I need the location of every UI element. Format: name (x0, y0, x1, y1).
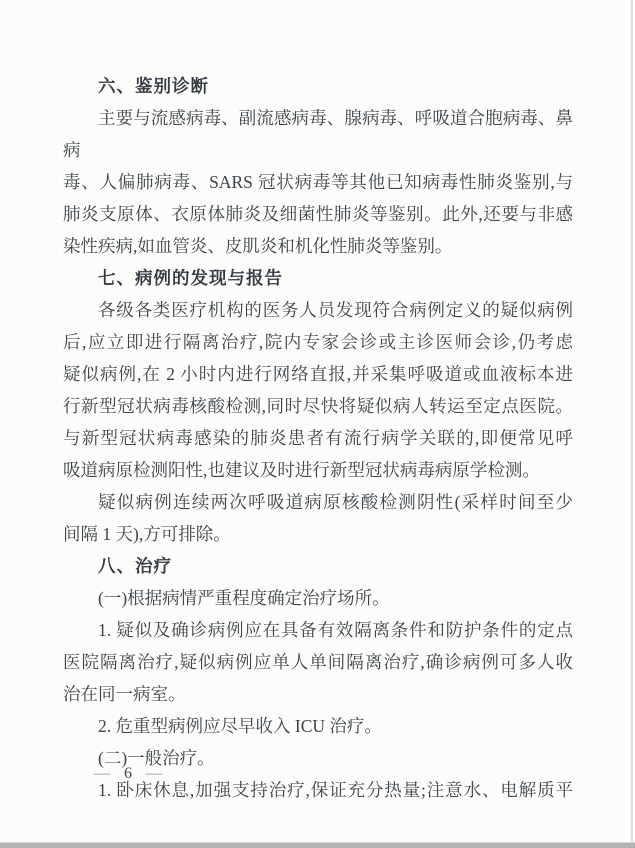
footer-dash-left: — (94, 765, 110, 782)
section-heading-treatment: 八、治疗 (63, 550, 573, 582)
text-line: (一)根据病情严重程度确定治疗场所。 (63, 582, 573, 614)
text-line: 肺炎支原体、衣原体肺炎及细菌性肺炎等鉴别。此外,还要与非感 (63, 198, 573, 230)
text-line: 1. 疑似及确诊病例应在具备有效隔离条件和防护条件的定点 (63, 614, 573, 646)
text-line: 医院隔离治疗,疑似病例应单人单间隔离治疗,确诊病例可多人收 (63, 646, 573, 678)
footer-dash-right: — (146, 765, 162, 782)
document-body: 六、鉴别诊断 主要与流感病毒、副流感病毒、腺病毒、呼吸道合胞病毒、鼻病 毒、人偏… (63, 70, 573, 806)
text-line: 后,应立即进行隔离治疗,院内专家会诊或主诊医师会诊,仍考虑 (63, 326, 573, 358)
text-line: 间隔 1 天),方可排除。 (63, 518, 573, 550)
page-footer: —6— (94, 764, 162, 784)
text-line: 疑似病例连续两次呼吸道病原核酸检测阴性(采样时间至少 (63, 486, 573, 518)
scan-edge-right (631, 0, 633, 848)
text-line: 各级各类医疗机构的医务人员发现符合病例定义的疑似病例 (63, 294, 573, 326)
section-heading-differential-diagnosis: 六、鉴别诊断 (63, 70, 573, 102)
text-line: 毒、人偏肺病毒、SARS 冠状病毒等其他已知病毒性肺炎鉴别,与 (63, 166, 573, 198)
scan-edge-bottom (0, 843, 635, 848)
document-page: 六、鉴别诊断 主要与流感病毒、副流感病毒、腺病毒、呼吸道合胞病毒、鼻病 毒、人偏… (0, 0, 635, 848)
text-line: 行新型冠状病毒核酸检测,同时尽快将疑似病人转运至定点医院。 (63, 390, 573, 422)
section-heading-case-detection-reporting: 七、病例的发现与报告 (63, 262, 573, 294)
text-line: 治在同一病室。 (63, 678, 573, 710)
text-line: 疑似病例,在 2 小时内进行网络直报,并采集呼吸道或血液标本进 (63, 358, 573, 390)
text-line: 染性疾病,如血管炎、皮肌炎和机化性肺炎等鉴别。 (63, 230, 573, 262)
text-line: 与新型冠状病毒感染的肺炎患者有流行病学关联的,即便常见呼 (63, 422, 573, 454)
text-line: 主要与流感病毒、副流感病毒、腺病毒、呼吸道合胞病毒、鼻病 (63, 102, 573, 166)
text-line: 2. 危重型病例应尽早收入 ICU 治疗。 (63, 710, 573, 742)
text-line: 吸道病原检测阳性,也建议及时进行新型冠状病毒病原学检测。 (63, 454, 573, 486)
page-number: 6 (124, 764, 132, 784)
